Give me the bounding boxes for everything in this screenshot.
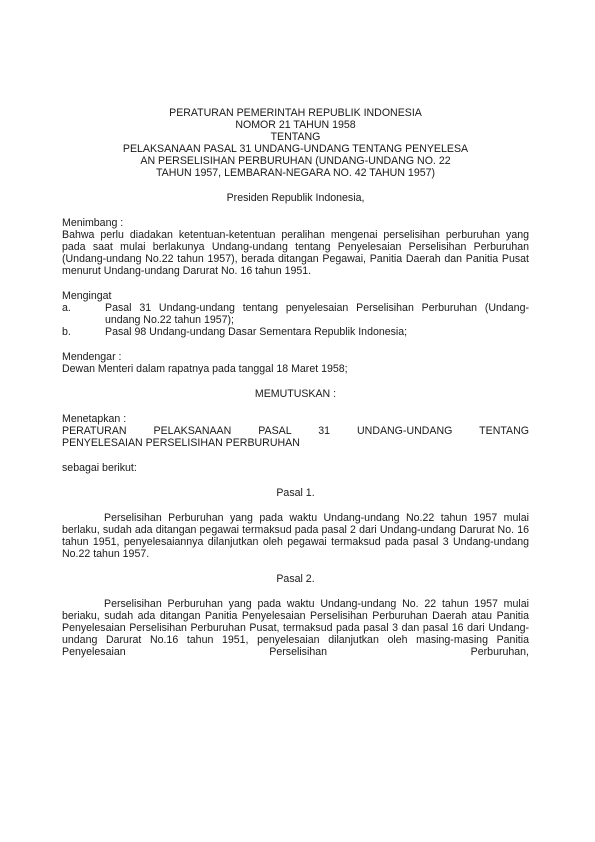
- menimbang-text: Bahwa perlu diadakan ketentuan-ketentuan…: [62, 229, 529, 277]
- list-item: b. Pasal 98 Undang-undang Dasar Sementar…: [62, 326, 529, 338]
- mengingat-section: Mengingat a. Pasal 31 Undang-undang tent…: [62, 290, 529, 338]
- pasal-1: Pasal 1. Perselisihan Perburuhan yang pa…: [62, 487, 529, 560]
- menetapkan-line: PERATURAN PELAKSANAAN PASAL 31 UNDANG-UN…: [62, 425, 529, 437]
- title-line: TAHUN 1957, LEMBARAN-NEGARA NO. 42 TAHUN…: [62, 167, 529, 179]
- list-text: Pasal 98 Undang-undang Dasar Sementara R…: [105, 326, 529, 338]
- memutuskan-heading: MEMUTUSKAN :: [62, 388, 529, 400]
- president-line: Presiden Republik Indonesia,: [62, 192, 529, 204]
- list-text: Pasal 31 Undang-undang tentang penyelesa…: [105, 302, 529, 326]
- title-line: TENTANG: [62, 131, 529, 143]
- menetapkan-label: Menetapkan :: [62, 413, 529, 425]
- menetapkan-section: Menetapkan : PERATURAN PELAKSANAAN PASAL…: [62, 413, 529, 449]
- document-page: PERATURAN PEMERINTAH REPUBLIK INDONESIA …: [62, 107, 529, 658]
- list-item: a. Pasal 31 Undang-undang tentang penyel…: [62, 302, 529, 326]
- mengingat-label: Mengingat: [62, 290, 529, 302]
- mendengar-text: Dewan Menteri dalam rapatnya pada tangga…: [62, 363, 529, 375]
- pasal-2: Pasal 2. Perselisihan Perburuhan yang pa…: [62, 573, 529, 658]
- pasal-text: Perselisihan Perburuhan yang pada waktu …: [62, 512, 529, 560]
- sebagai-berikut: sebagai berikut:: [62, 462, 529, 474]
- menetapkan-line: PENYELESAIAN PERSELISIHAN PERBURUHAN: [62, 437, 529, 449]
- menimbang-label: Menimbang :: [62, 217, 529, 229]
- menimbang-section: Menimbang : Bahwa perlu diadakan ketentu…: [62, 217, 529, 277]
- title-line: PERATURAN PEMERINTAH REPUBLIK INDONESIA: [62, 107, 529, 119]
- title-line: NOMOR 21 TAHUN 1958: [62, 119, 529, 131]
- title-line: PELAKSANAAN PASAL 31 UNDANG-UNDANG TENTA…: [62, 143, 529, 155]
- list-marker: b.: [62, 326, 105, 338]
- document-title: PERATURAN PEMERINTAH REPUBLIK INDONESIA …: [62, 107, 529, 179]
- mendengar-section: Mendengar : Dewan Menteri dalam rapatnya…: [62, 351, 529, 375]
- title-line: AN PERSELISIHAN PERBURUHAN (UNDANG-UNDAN…: [62, 155, 529, 167]
- mendengar-label: Mendengar :: [62, 351, 529, 363]
- list-marker: a.: [62, 302, 105, 326]
- pasal-heading: Pasal 1.: [62, 487, 529, 499]
- pasal-heading: Pasal 2.: [62, 573, 529, 585]
- pasal-text: Perselisihan Perburuhan yang pada waktu …: [62, 598, 529, 658]
